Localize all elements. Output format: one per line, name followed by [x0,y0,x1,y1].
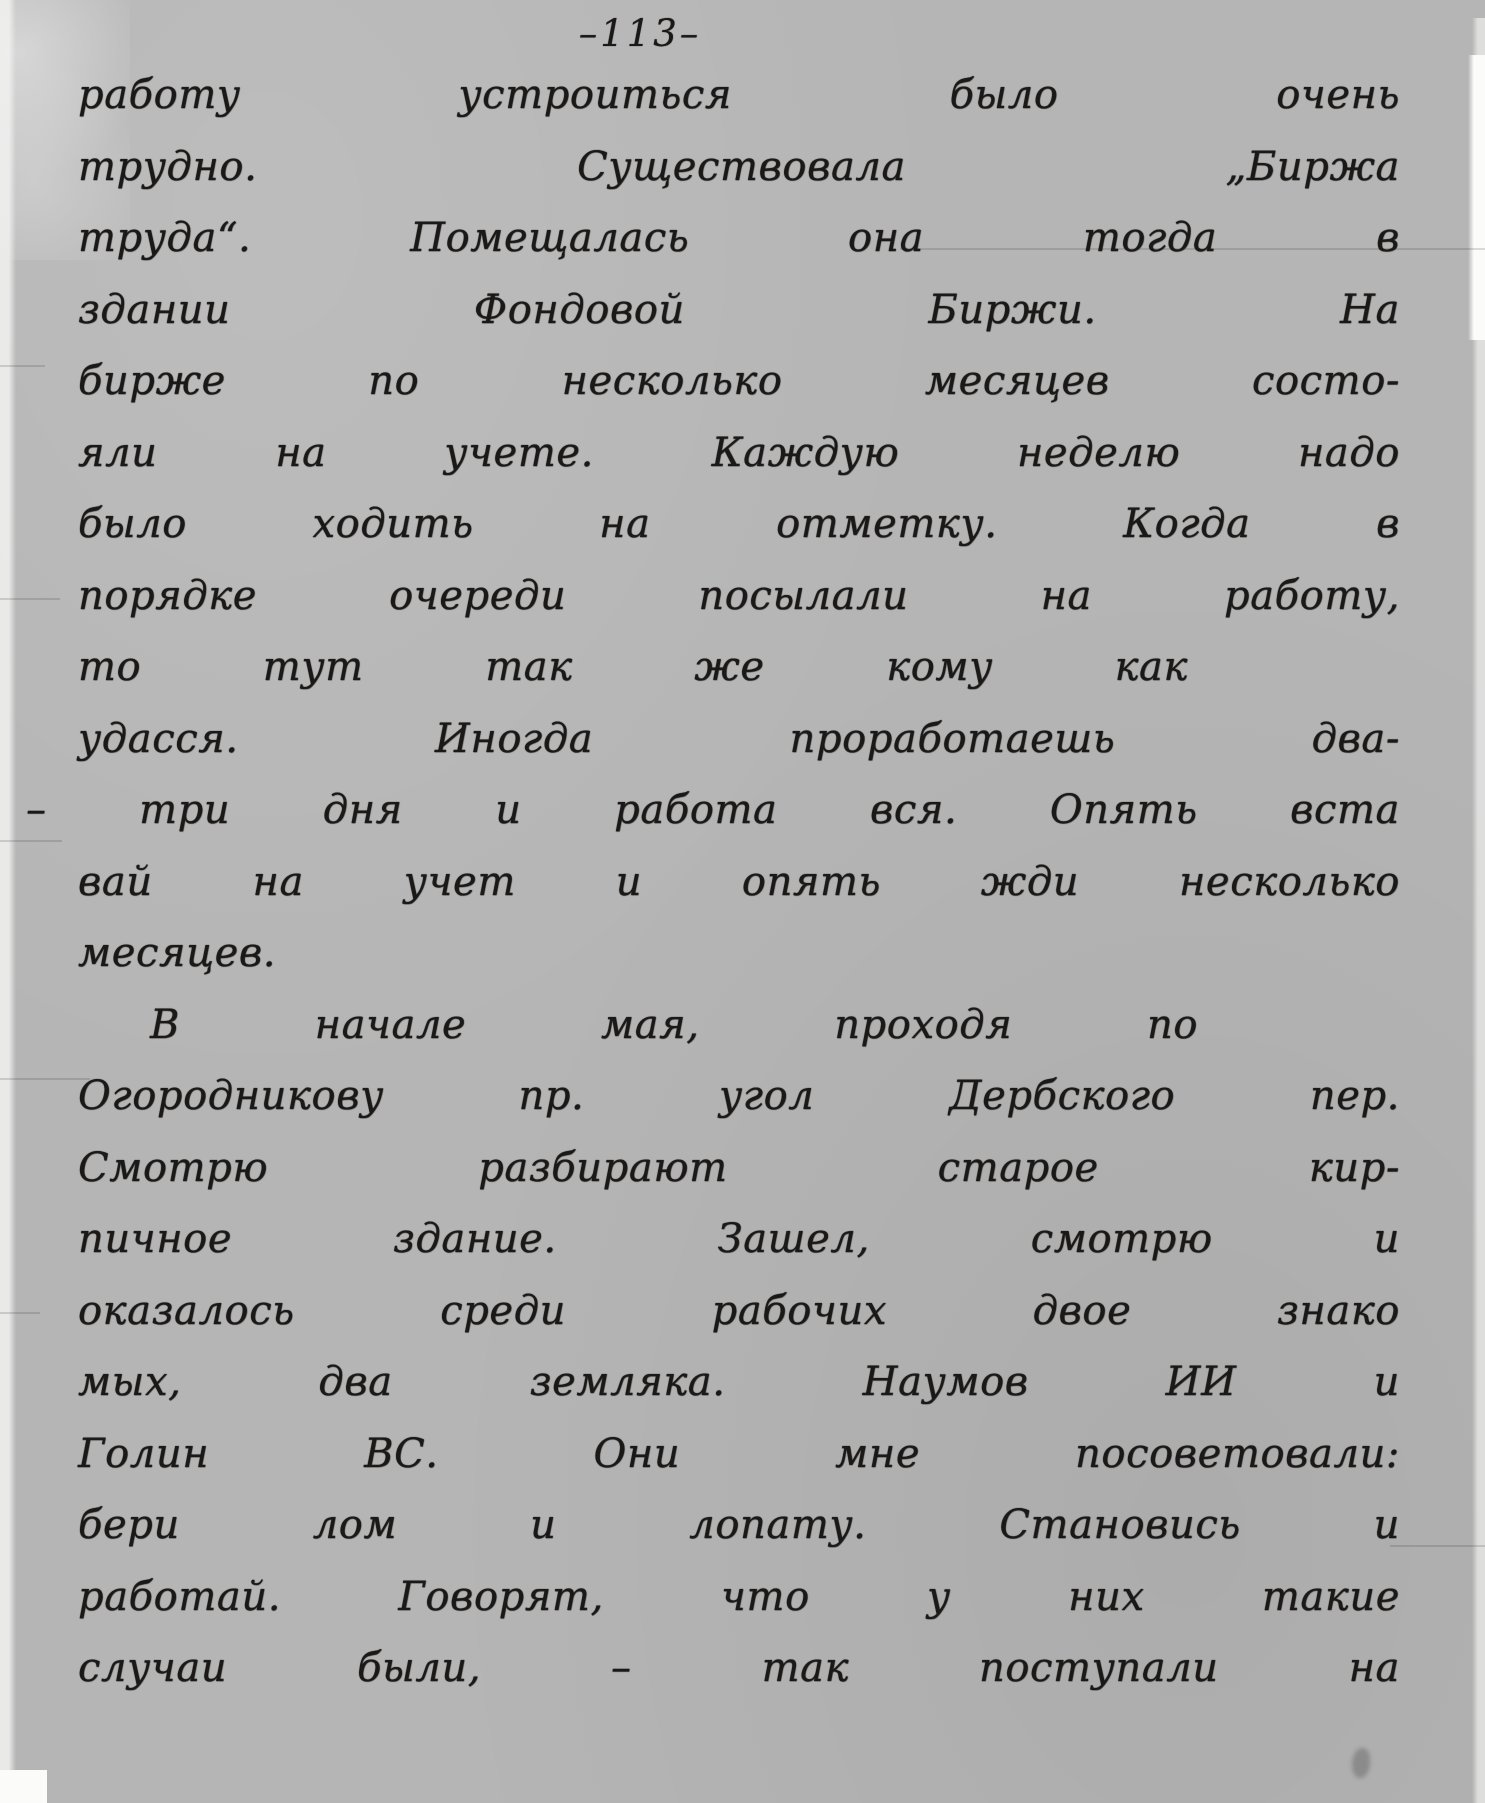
manuscript-line: удасся. Иногда проработаешь два- [78,704,1400,776]
scan-edge-left [0,0,16,1803]
manuscript-line: здании Фондовой Биржи. На [78,275,1400,347]
manuscript-line: Смотрю разбирают старое кир- [78,1133,1400,1205]
ruled-line [0,1078,90,1080]
manuscript-line: бери лом и лопату. Становись и [78,1490,1400,1562]
scan-corner-bottom-left [0,1770,47,1803]
ruled-line [1390,1545,1485,1547]
scan-edge-right-bright [1468,55,1485,340]
manuscript-line: порядке очереди посылали на работу, [78,561,1400,633]
scanned-manuscript-page: –113– работу устроиться было очень трудн… [0,0,1485,1803]
manuscript-line: Огородникову пр. угол Дербского пер. [78,1061,1400,1133]
manuscript-line: случаи были, – так поступали на [78,1633,1400,1705]
manuscript-line: яли на учете. Каждую неделю надо [78,418,1400,490]
manuscript-line: было ходить на отметку. Когда в [78,489,1400,561]
manuscript-line: Голин ВС. Они мне посоветовали: [78,1419,1400,1491]
manuscript-line: бирже по несколько месяцев состо- [78,346,1400,418]
manuscript-line: – три дня и работа вся. Опять вста [26,775,1400,847]
ruled-line [0,1312,40,1314]
manuscript-line: вай на учет и опять жди несколько [78,847,1400,919]
page-number: –113– [540,12,740,55]
ruled-line [0,598,60,600]
manuscript-line: пичное здание. Зашел, смотрю и [78,1204,1400,1276]
manuscript-line: работай. Говорят, что у них такие [78,1562,1400,1634]
manuscript-line: трудно. Существовала „Биржа [78,132,1400,204]
manuscript-line: оказалось среди рабочих двое знако [78,1276,1400,1348]
manuscript-text: работу устроиться было очень трудно. Сущ… [78,60,1400,1705]
scan-edge-right [1472,18,1485,1803]
manuscript-line: мых, два земляка. Наумов ИИ и [78,1347,1400,1419]
ruled-line [0,365,45,367]
manuscript-line: работу устроиться было очень [78,60,1400,132]
ink-smudge [1352,1748,1370,1778]
manuscript-line: то тут так же кому как [78,632,1188,704]
manuscript-line: труда“. Помещалась она тогда в [78,203,1400,275]
manuscript-line: В начале мая, проходя по [78,990,1198,1062]
manuscript-line: месяцев. [78,918,1400,990]
